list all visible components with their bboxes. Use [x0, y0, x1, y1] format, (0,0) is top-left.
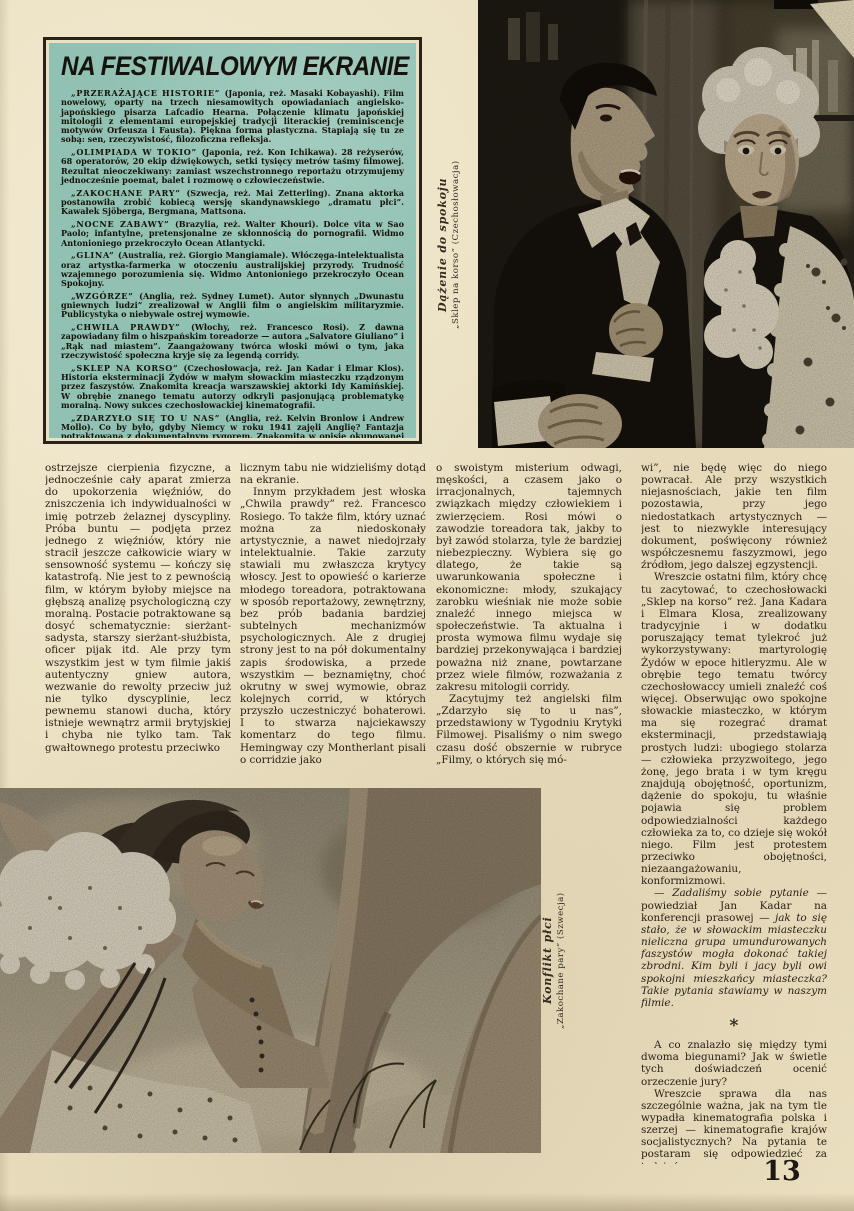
festival-entry: „CHWILA PRAWDY” (Włochy, reż. Francesco … — [61, 323, 404, 360]
film-title: „GLINA” — [71, 250, 118, 260]
photo-zakochane-pary — [0, 788, 541, 1153]
film-title: „WZGÓRZE” — [71, 291, 139, 301]
paragraph-segment: ostrzejsze cierpienia fizyczne, a jednoc… — [45, 462, 231, 754]
body-paragraph: Zacytujmy też angielski film „Zdarzyło s… — [436, 693, 622, 766]
caption-film: „Zakochane pary” (Szwecja) — [555, 878, 568, 1043]
caption-title: Dążenie do spokoju — [436, 150, 450, 340]
body-paragraph: A co znalazło się między tymi dwoma bieg… — [641, 1039, 827, 1088]
film-title: „NOCNE ZABAWY” — [71, 219, 175, 229]
body-paragraph: — Zadaliśmy sobie pytanie — powiedział J… — [641, 887, 827, 1009]
body-paragraph: wi”, nie będę więc do niego powracał. Al… — [641, 462, 827, 571]
photo-zakochane-pary-image — [0, 788, 541, 1153]
photo-caption-sklep-na-korso: Dążenie do spokoju „Sklep na korso” (Cze… — [436, 150, 463, 340]
festival-entry: „OLIMPIADA W TOKIO” (Japonia, reż. Kon I… — [61, 148, 404, 185]
film-title: „CHWILA PRAWDY” — [71, 322, 191, 332]
body-paragraph: o swoistym misterium odwagi, męskości, a… — [436, 462, 622, 693]
festival-review-box-inner: NA FESTIWALOWYM EKRANIE „PRZERAŻAJĄCE HI… — [49, 43, 416, 438]
festival-entry: „PRZERAŻAJĄCE HISTORIE” (Japonia, reż. M… — [61, 89, 404, 145]
paragraph-segment: jak to się stało, że w słowackim miastec… — [641, 912, 827, 1009]
page-number: 13 — [752, 1156, 812, 1187]
article-column-1: ostrzejsze cierpienia fizyczne, a jednoc… — [45, 462, 231, 776]
magazine-page: NA FESTIWALOWYM EKRANIE „PRZERAŻAJĄCE HI… — [0, 0, 854, 1211]
article-column-2: licznym tabu nie widzieliśmy dotąd na ek… — [240, 462, 426, 776]
body-paragraph: Wreszcie ostatni film, który chcę tu zac… — [641, 571, 827, 887]
caption-title: Konflikt płci — [541, 878, 555, 1043]
festival-entry: „WZGÓRZE” (Anglia, reż. Sydney Lumet). A… — [61, 292, 404, 320]
festival-entry: „GLINA” (Australia, reż. Giorgio Mangiam… — [61, 251, 404, 288]
paragraph-segment: o swoistym misterium odwagi, męskości, a… — [436, 462, 622, 693]
photo-sklep-na-korso-image — [478, 0, 854, 448]
body-paragraph: licznym tabu nie widzieliśmy dotąd na ek… — [240, 462, 426, 486]
article-column-4: wi”, nie będę więc do niego powracał. Al… — [641, 462, 827, 1164]
photo-caption-zakochane-pary: Konflikt płci „Zakochane pary” (Szwecja) — [541, 878, 568, 1043]
paragraph-segment: Innym przykładem jest włoska „Chwila pra… — [240, 486, 426, 765]
film-title: „ZDARZYŁO SIĘ TO U NAS” — [71, 413, 225, 423]
festival-entry: „NOCNE ZABAWY” (Brazylia, reż. Walter Kh… — [61, 220, 404, 248]
film-title: „PRZERAŻAJĄCE HISTORIE” — [71, 88, 225, 98]
paragraph-segment: A co znalazło się między tymi dwoma bieg… — [641, 1039, 827, 1087]
paragraph-segment: Wreszcie ostatni film, który chcę tu zac… — [641, 571, 827, 887]
paragraph-segment: Wreszcie sprawa dla nas szczególnie ważn… — [641, 1088, 827, 1164]
caption-film: „Sklep na korso” (Czechosłowacja) — [450, 150, 463, 340]
photo-sklep-na-korso — [478, 0, 854, 448]
article-column-3: o swoistym misterium odwagi, męskości, a… — [436, 462, 622, 776]
paragraph-segment: — Zadaliśmy sobie pytanie — — [654, 887, 827, 899]
festival-entries: „PRZERAŻAJĄCE HISTORIE” (Japonia, reż. M… — [61, 89, 404, 438]
festival-review-box: NA FESTIWALOWYM EKRANIE „PRZERAŻAJĄCE HI… — [43, 37, 422, 444]
film-title: „SKLEP NA KORSO” — [71, 363, 184, 373]
paragraph-segment: licznym tabu nie widzieliśmy dotąd na ek… — [240, 462, 426, 486]
film-title: „OLIMPIADA W TOKIO” — [71, 147, 202, 157]
section-separator-asterisk: * — [641, 1016, 827, 1036]
body-paragraph: Wreszcie sprawa dla nas szczególnie ważn… — [641, 1088, 827, 1164]
body-paragraph: Innym przykładem jest włoska „Chwila pra… — [240, 486, 426, 766]
film-title: „ZAKOCHANE PARY” — [71, 188, 186, 198]
body-paragraph: ostrzejsze cierpienia fizyczne, a jednoc… — [45, 462, 231, 754]
paragraph-segment: wi”, nie będę więc do niego powracał. Al… — [641, 462, 827, 571]
festival-entry: „ZAKOCHANE PARY” (Szwecja, reż. Mai Zett… — [61, 189, 404, 217]
festival-entry: „ZDARZYŁO SIĘ TO U NAS” (Anglia, reż. Ke… — [61, 414, 404, 438]
paragraph-segment: Zacytujmy też angielski film „Zdarzyło s… — [436, 693, 622, 766]
festival-entry: „SKLEP NA KORSO” (Czechosłowacja, reż. J… — [61, 364, 404, 410]
festival-box-title: NA FESTIWALOWYM EKRANIE — [61, 51, 370, 82]
